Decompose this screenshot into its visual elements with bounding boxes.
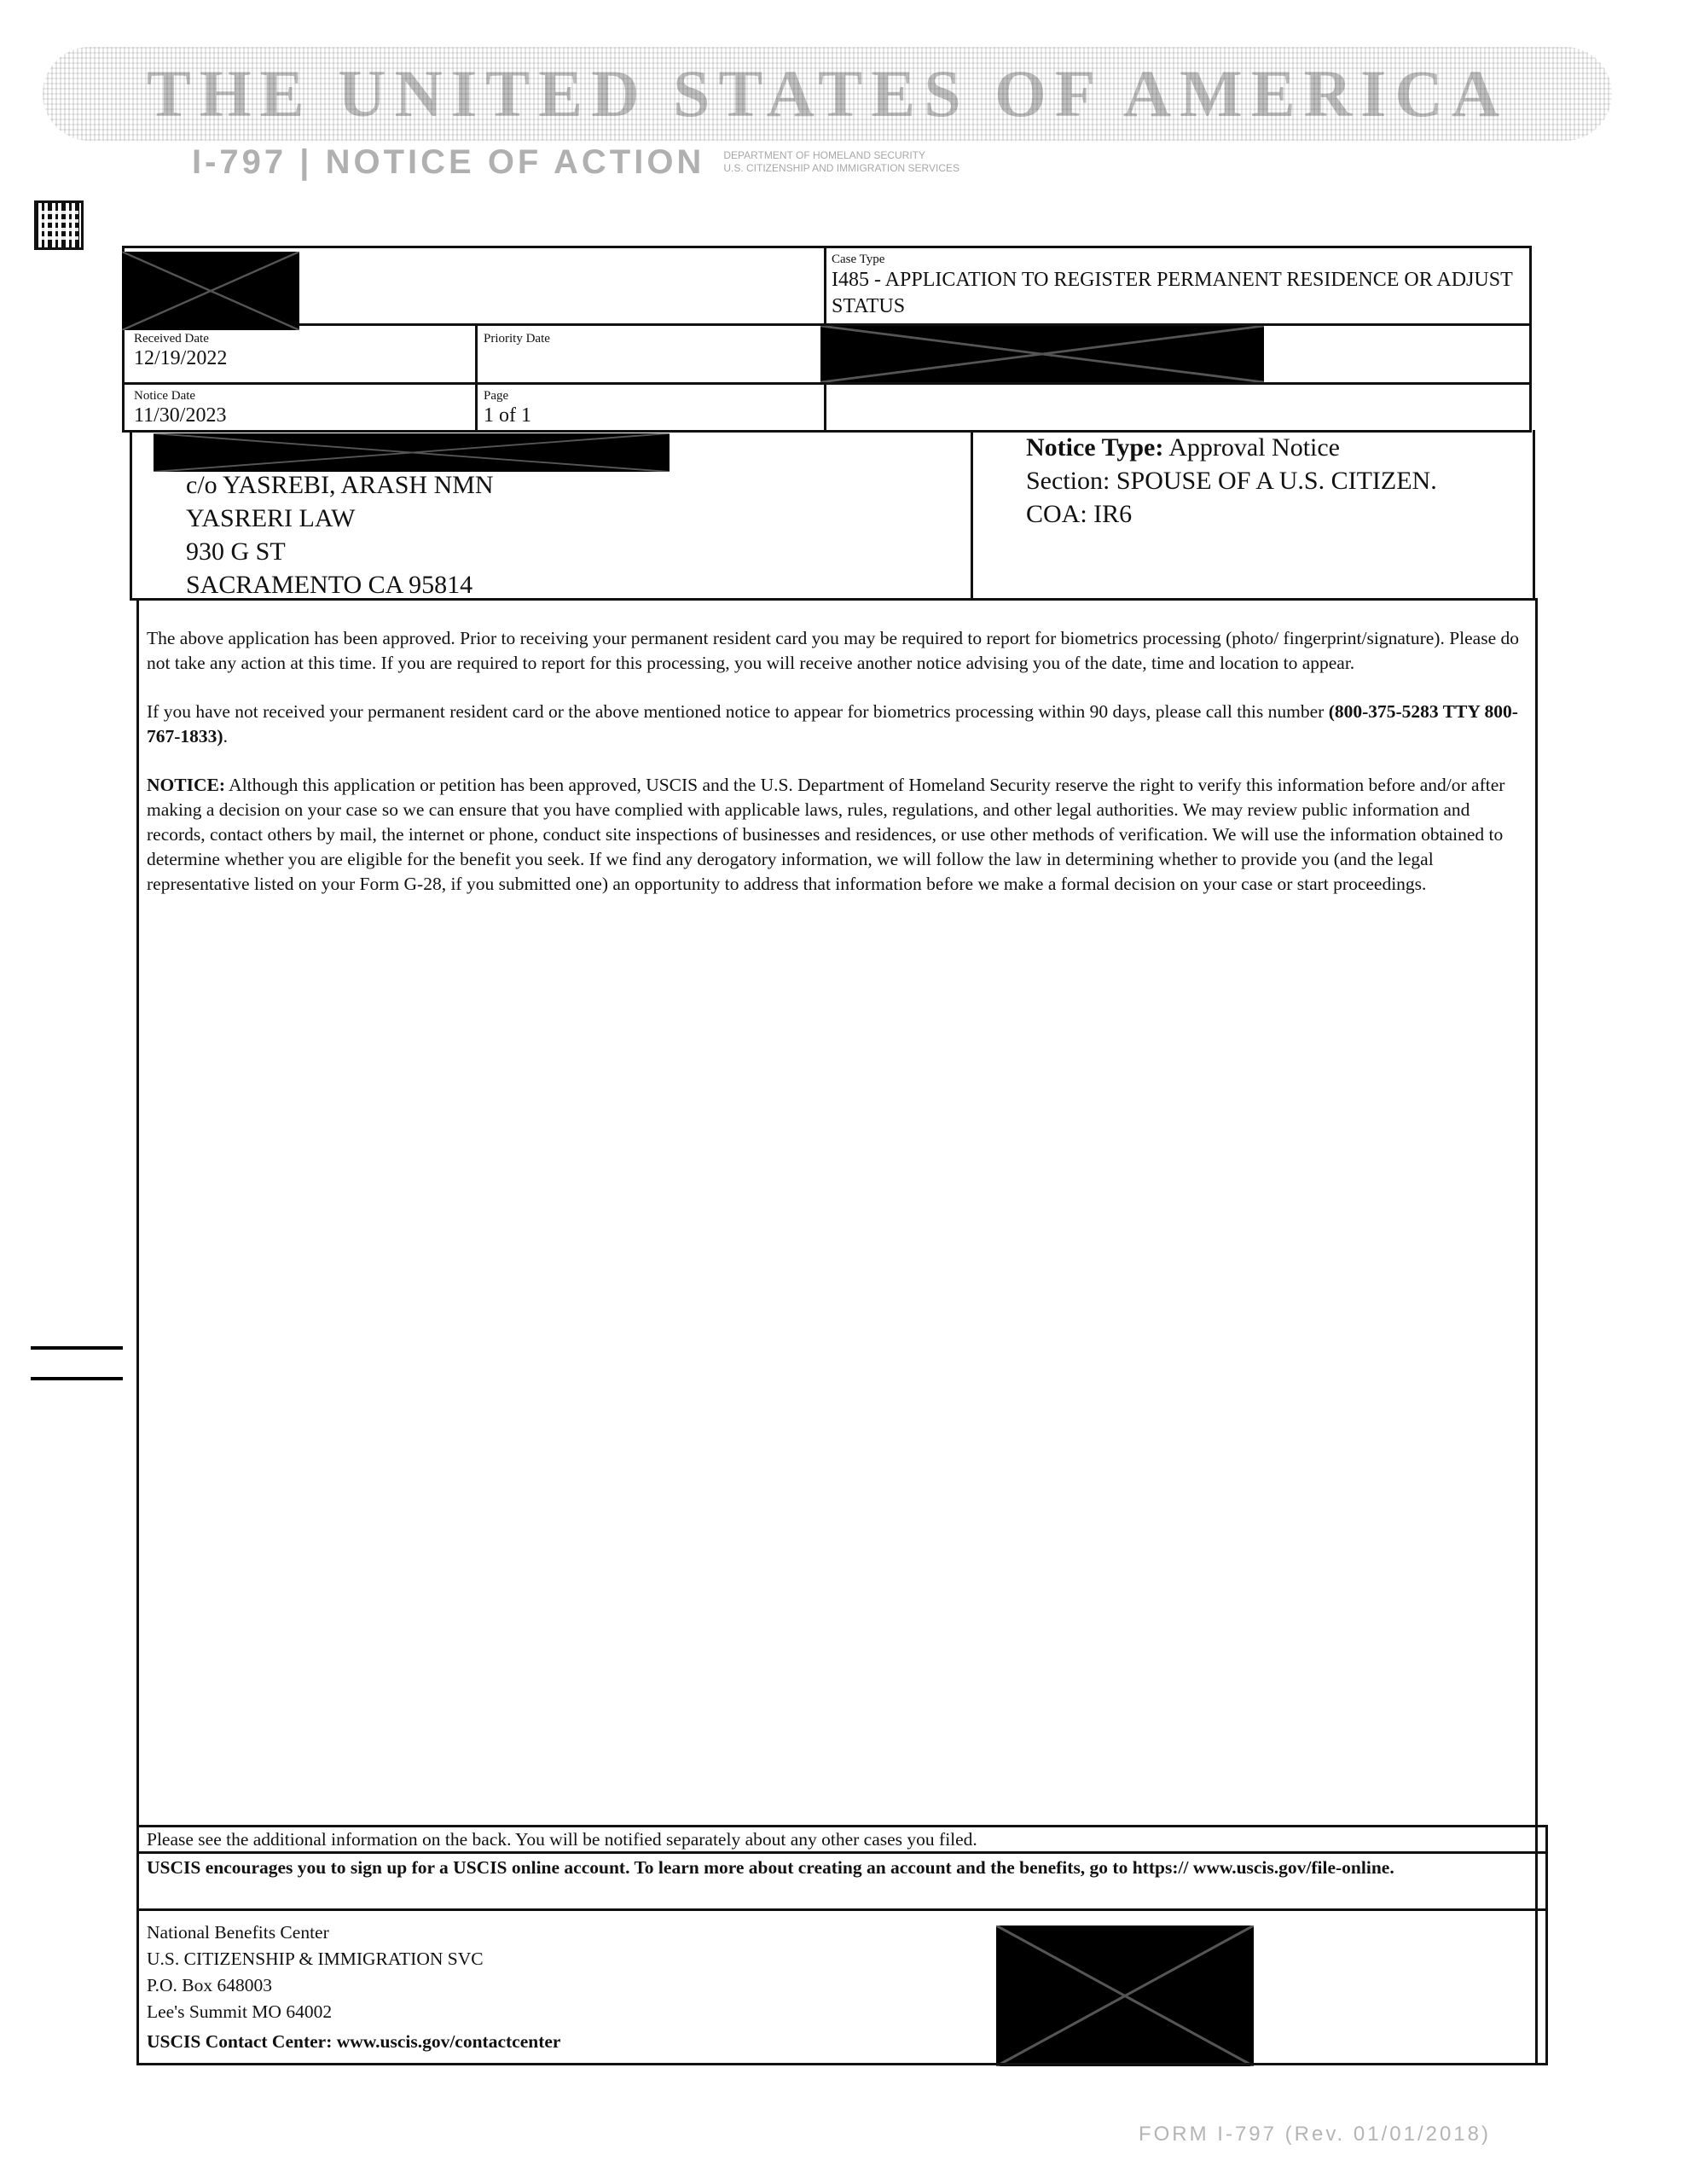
- redacted-applicant-info: [820, 326, 1264, 382]
- case-type-label: Case Type: [832, 253, 1522, 267]
- office-line: U.S. CITIZENSHIP & IMMIGRATION SVC: [147, 1946, 484, 1972]
- fold-mark: [31, 1346, 123, 1350]
- office-line: P.O. Box 648003: [147, 1972, 484, 1999]
- recipient-address: c/o YASREBI, ARASH NMN YASRERI LAW 930 G…: [186, 468, 494, 601]
- office-address: National Benefits Center U.S. CITIZENSHI…: [147, 1920, 484, 2025]
- case-type-cell: Case Type I485 - APPLICATION TO REGISTER…: [832, 253, 1522, 320]
- rule: [1529, 246, 1532, 432]
- contact-center-link[interactable]: USCIS Contact Center: www.uscis.gov/cont…: [147, 2029, 560, 2054]
- notice-section: Section: SPOUSE OF A U.S. CITIZEN.: [1026, 464, 1437, 497]
- rule: [122, 382, 1532, 385]
- redacted-signature: [996, 1926, 1254, 2066]
- rule: [136, 598, 139, 2065]
- page-value: 1 of 1: [484, 404, 531, 427]
- priority-date-cell: Priority Date: [484, 332, 550, 346]
- notice-type: Notice Type: Approval Notice: [1026, 431, 1437, 464]
- redacted-receipt-number: [122, 252, 299, 330]
- priority-date-label: Priority Date: [484, 332, 550, 346]
- rule: [130, 430, 132, 601]
- received-date-label: Received Date: [134, 332, 227, 346]
- notice-date-value: 11/30/2023: [134, 404, 226, 427]
- case-type-value: I485 - APPLICATION TO REGISTER PERMANENT…: [832, 267, 1522, 320]
- fine-print: DEPARTMENT OF HOMELAND SECURITY U.S. CIT…: [723, 149, 959, 175]
- notice-lead: NOTICE:: [147, 775, 225, 795]
- rule: [136, 2063, 1548, 2065]
- notice-info: Notice Type: Approval Notice Section: SP…: [1026, 431, 1437, 531]
- rule: [136, 1851, 1548, 1854]
- rule: [971, 430, 973, 601]
- body-paragraph-card: If you have not received your permanent …: [147, 700, 1528, 749]
- notice-coa: COA: IR6: [1026, 497, 1437, 531]
- form-title: I-797 | NOTICE OF ACTION: [192, 143, 704, 182]
- notice-type-value: Approval Notice: [1168, 433, 1340, 462]
- banner-title: THE UNITED STATES OF AMERICA: [147, 55, 1508, 132]
- address-line: 930 G ST: [186, 535, 494, 568]
- rule: [136, 1908, 1548, 1911]
- notice-date-cell: Notice Date 11/30/2023: [134, 389, 226, 427]
- rule: [1533, 430, 1535, 601]
- address-line: YASRERI LAW: [186, 502, 494, 535]
- fold-mark: [31, 1377, 123, 1380]
- online-account-message: USCIS encourages you to sign up for a US…: [147, 1855, 1435, 1880]
- additional-info: Please see the additional information on…: [147, 1827, 1528, 1852]
- rule: [1545, 1825, 1548, 2065]
- redacted-recipient-name: [154, 433, 670, 472]
- office-line: Lee's Summit MO 64002: [147, 1999, 484, 2025]
- office-line: National Benefits Center: [147, 1920, 484, 1946]
- datamatrix-barcode-icon: [34, 200, 84, 250]
- body-paragraph-notice: NOTICE: Although this application or pet…: [147, 773, 1528, 897]
- rule: [1535, 598, 1538, 2065]
- address-line: SACRAMENTO CA 95814: [186, 568, 494, 601]
- page-cell: Page 1 of 1: [484, 389, 531, 427]
- received-date-cell: Received Date 12/19/2022: [134, 332, 227, 370]
- address-line: c/o YASREBI, ARASH NMN: [186, 468, 494, 502]
- document-banner: THE UNITED STATES OF AMERICA: [43, 47, 1612, 141]
- page-label: Page: [484, 389, 531, 404]
- body-paragraph-approval: The above application has been approved.…: [147, 626, 1528, 676]
- form-title-row: I-797 | NOTICE OF ACTION DEPARTMENT OF H…: [192, 141, 959, 183]
- notice-date-label: Notice Date: [134, 389, 226, 404]
- form-id: FORM I-797 (Rev. 01/01/2018): [1139, 2123, 1491, 2146]
- notice-type-label: Notice Type:: [1026, 433, 1163, 462]
- rule: [122, 246, 1532, 248]
- notice-body: The above application has been approved.…: [147, 626, 1528, 921]
- rule: [475, 323, 478, 432]
- received-date-value: 12/19/2022: [134, 346, 227, 370]
